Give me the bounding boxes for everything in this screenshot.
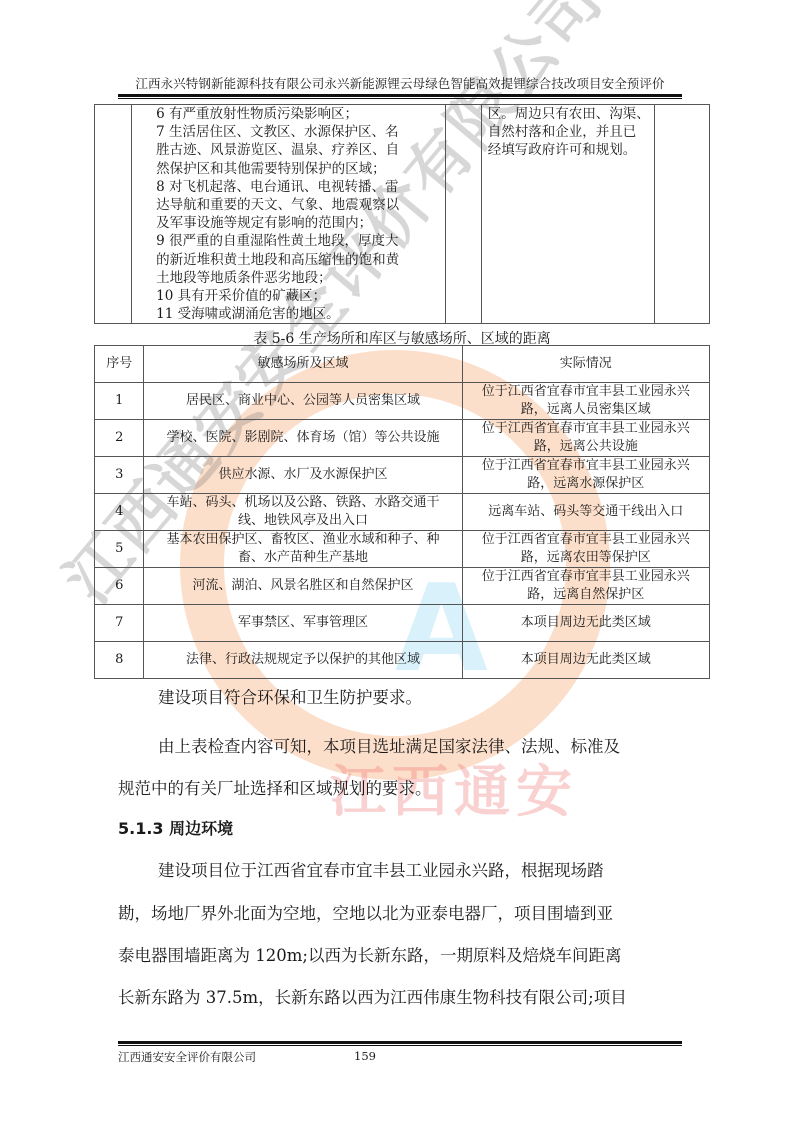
footer-company: 江西通安安全评价有限公司 [118, 1049, 256, 1065]
text-line: 自然村落和企业，并且已 [488, 123, 650, 141]
actual-line: 本项目周边无此类区域 [467, 651, 705, 669]
section-heading: 5.1.3 周边环境 [118, 816, 233, 839]
cell-actual: 远离车站、码头等交通干线出入口 [462, 494, 709, 531]
cell-actual: 本项目周边无此类区域 [462, 605, 709, 642]
actual-line: 本项目周边无此类区域 [467, 614, 705, 632]
paragraph-conclusion-line2: 规范中的有关厂址选择和区域规划的要求。 [118, 775, 432, 799]
place-line: 河流、湖泊、风景名胜区和自然保护区 [148, 577, 457, 595]
actual-line: 位于江西省宜春市宜丰县工业园永兴 [467, 383, 705, 401]
cell-actual: 位于江西省宜春市宜丰县工业园永兴路，远离农田等保护区 [462, 531, 709, 568]
place-line: 学校、医院、影剧院、体育场（馆）等公共设施 [148, 429, 457, 447]
paragraph-surroundings-line1: 建设项目位于江西省宜春市宜丰县工业园永兴路，根据现场踏 [158, 857, 604, 881]
table-row: 6 河流、湖泊、风景名胜区和自然保护区 位于江西省宜春市宜丰县工业园永兴路，远离… [95, 568, 710, 605]
cell-actual: 位于江西省宜春市宜丰县工业园永兴路，远离水源保护区 [462, 457, 709, 494]
criteria-cell: 6 有严重放射性物质污染影响区； 7 生活居住区、文教区、水源保护区、名 胜古迹… [132, 105, 446, 324]
actual-cell: 区。周边只有农田、沟渠、 自然村落和企业，并且已 经填写政府许可和规划。 [481, 105, 654, 324]
actual-line: 路，远离水源保护区 [467, 475, 705, 493]
paragraph-surroundings-line3: 泰电器围墙距离为 120m;以西为长新东路，一期原料及焙烧车间距离 [118, 942, 621, 966]
criteria-list: 6 有严重放射性物质污染影响区； 7 生活居住区、文教区、水源保护区、名 胜古迹… [156, 105, 439, 323]
cell-place: 法律、行政法规规定予以保护的其他区域 [144, 642, 462, 679]
list-item: 6 有严重放射性物质污染影响区； [156, 105, 439, 123]
list-item: 11 受海啸或湖涌危害的地区。 [156, 305, 439, 323]
list-item: 及军事设施等规定有影响的范围内； [156, 214, 439, 232]
place-line: 居民区、商业中心、公园等人员密集区域 [148, 392, 457, 410]
list-item: 的新近堆积黄土地段和高压缩性的饱和黄 [156, 251, 439, 269]
footer-divider [118, 1041, 682, 1046]
header-place: 敏感场所及区域 [144, 346, 462, 383]
place-line: 基本农田保护区、畜牧区、渔业水域和种子、种 [148, 531, 457, 549]
actual-line: 路，远离人员密集区域 [467, 401, 705, 419]
cell-no: 8 [95, 642, 144, 679]
actual-line: 路，远离农田等保护区 [467, 549, 705, 567]
actual-text: 区。周边只有农田、沟渠、 自然村落和企业，并且已 经填写政府许可和规划。 [488, 105, 650, 160]
continuation-table: 6 有严重放射性物质污染影响区； 7 生活居住区、文教区、水源保护区、名 胜古迹… [94, 104, 710, 324]
table-cell [95, 105, 132, 324]
list-item: 8 对飞机起落、电台通讯、电视转播、雷 [156, 178, 439, 196]
actual-line: 位于江西省宜春市宜丰县工业园永兴 [467, 457, 705, 475]
actual-line: 路，远离自然保护区 [467, 586, 705, 604]
header-divider [118, 94, 682, 99]
cell-no: 6 [95, 568, 144, 605]
actual-line: 位于江西省宜春市宜丰县工业园永兴 [467, 531, 705, 549]
cell-place: 车站、码头、机场以及公路、铁路、水路交通干线、地铁风亭及出入口 [144, 494, 462, 531]
table-header-row: 序号 敏感场所及区域 实际情况 [95, 346, 710, 383]
place-line: 车站、码头、机场以及公路、铁路、水路交通干 [148, 494, 457, 512]
cell-actual: 位于江西省宜春市宜丰县工业园永兴路，远离自然保护区 [462, 568, 709, 605]
cell-place: 学校、医院、影剧院、体育场（馆）等公共设施 [144, 420, 462, 457]
paragraph-conclusion-line1: 由上表检查内容可知，本项目选址满足国家法律、法规、标准及 [158, 733, 620, 757]
cell-no: 3 [95, 457, 144, 494]
cell-actual: 位于江西省宜春市宜丰县工业园永兴路，远离公共设施 [462, 420, 709, 457]
actual-line: 位于江西省宜春市宜丰县工业园永兴 [467, 568, 705, 586]
table-row: 3 供应水源、水厂及水源保护区 位于江西省宜春市宜丰县工业园永兴路，远离水源保护… [95, 457, 710, 494]
text-line: 区。周边只有农田、沟渠、 [488, 105, 650, 123]
cell-place: 供应水源、水厂及水源保护区 [144, 457, 462, 494]
page-header-title: 江西永兴特钢新能源科技有限公司永兴新能源锂云母绿色智能高效提锂综合技改项目安全预… [100, 74, 700, 92]
place-line: 供应水源、水厂及水源保护区 [148, 466, 457, 484]
place-line: 法律、行政法规规定予以保护的其他区域 [148, 651, 457, 669]
cell-no: 7 [95, 605, 144, 642]
paragraph-surroundings-line4: 长新东路为 37.5m，长新东路以西为江西伟康生物科技有限公司;项目 [118, 984, 627, 1008]
header-no: 序号 [95, 346, 144, 383]
table-row: 5 基本农田保护区、畜牧区、渔业水域和种子、种畜、水产苗种生产基地 位于江西省宜… [95, 531, 710, 568]
table-row: 8 法律、行政法规规定予以保护的其他区域 本项目周边无此类区域 [95, 642, 710, 679]
cell-place: 居民区、商业中心、公园等人员密集区域 [144, 383, 462, 420]
table-row: 4 车站、码头、机场以及公路、铁路、水路交通干线、地铁风亭及出入口 远离车站、码… [95, 494, 710, 531]
list-item: 7 生活居住区、文教区、水源保护区、名 [156, 123, 439, 141]
table-row: 1 居民区、商业中心、公园等人员密集区域 位于江西省宜春市宜丰县工业园永兴路，远… [95, 383, 710, 420]
paragraph-surroundings-line2: 勘，场地厂界外北面为空地，空地以北为亚泰电器厂，项目围墙到亚 [118, 900, 613, 924]
table-row: 7 军事禁区、军事管理区 本项目周边无此类区域 [95, 605, 710, 642]
page-number: 159 [354, 1049, 454, 1063]
table-cell [446, 105, 481, 324]
cell-no: 5 [95, 531, 144, 568]
cell-actual: 本项目周边无此类区域 [462, 642, 709, 679]
cell-no: 4 [95, 494, 144, 531]
actual-line: 路，远离公共设施 [467, 438, 705, 456]
list-item: 9 很严重的自重湿陷性黄土地段，厚度大 [156, 232, 439, 250]
cell-place: 军事禁区、军事管理区 [144, 605, 462, 642]
distance-table: 序号 敏感场所及区域 实际情况 1 居民区、商业中心、公园等人员密集区域 位于江… [94, 345, 710, 679]
place-line: 线、地铁风亭及出入口 [148, 512, 457, 530]
header-actual: 实际情况 [462, 346, 709, 383]
list-item: 然保护区和其他需要特别保护的区域； [156, 160, 439, 178]
list-item: 土地段等地质条件恶劣地段； [156, 269, 439, 287]
table-cell [654, 105, 709, 324]
cell-place: 河流、湖泊、风景名胜区和自然保护区 [144, 568, 462, 605]
place-line: 畜、水产苗种生产基地 [148, 549, 457, 567]
list-item: 10 具有开采价值的矿藏区； [156, 287, 439, 305]
cell-no: 2 [95, 420, 144, 457]
table-row: 6 有严重放射性物质污染影响区； 7 生活居住区、文教区、水源保护区、名 胜古迹… [95, 105, 710, 324]
list-item: 达导航和重要的天文、气象、地震观察以 [156, 196, 439, 214]
cell-no: 1 [95, 383, 144, 420]
table-row: 2 学校、医院、影剧院、体育场（馆）等公共设施 位于江西省宜春市宜丰县工业园永兴… [95, 420, 710, 457]
place-line: 军事禁区、军事管理区 [148, 614, 457, 632]
actual-line: 远离车站、码头等交通干线出入口 [467, 503, 705, 521]
cell-place: 基本农田保护区、畜牧区、渔业水域和种子、种畜、水产苗种生产基地 [144, 531, 462, 568]
list-item: 胜古迹、风景游览区、温泉、疗养区、自 [156, 141, 439, 159]
paragraph-compliance: 建设项目符合环保和卫生防护要求。 [158, 684, 422, 708]
text-line: 经填写政府许可和规划。 [488, 141, 650, 159]
cell-actual: 位于江西省宜春市宜丰县工业园永兴路，远离人员密集区域 [462, 383, 709, 420]
actual-line: 位于江西省宜春市宜丰县工业园永兴 [467, 420, 705, 438]
